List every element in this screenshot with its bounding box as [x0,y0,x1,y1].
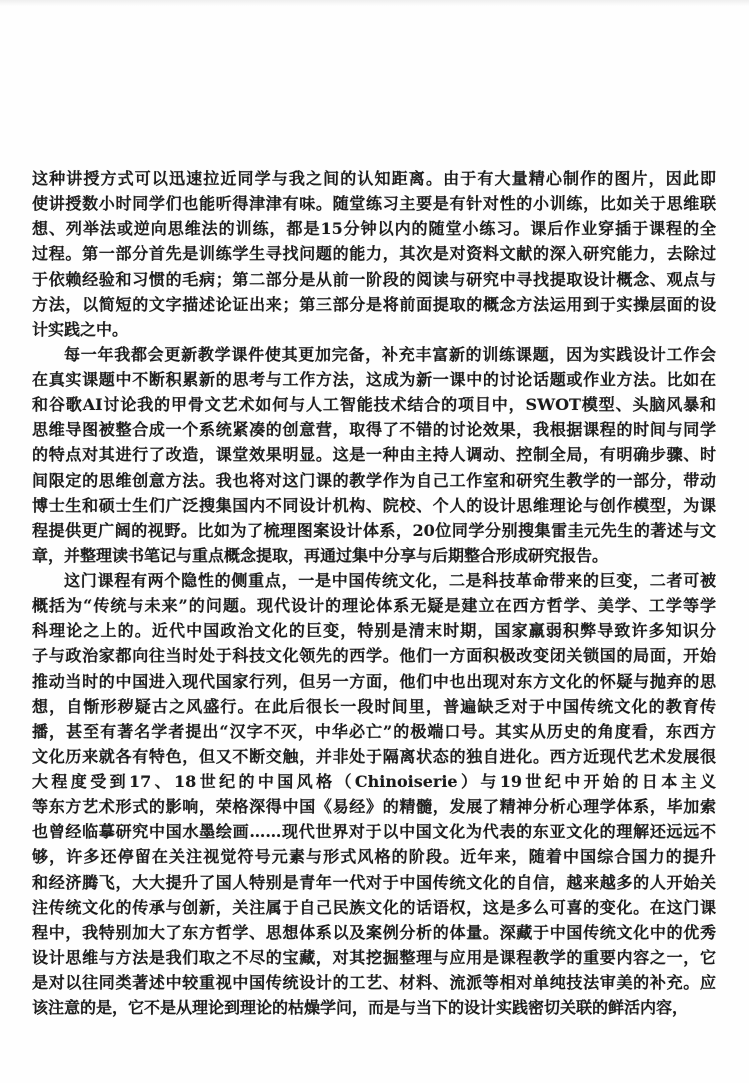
text-line: 间限定的思维创意方法。我也将对这门课的教学作为自己工作室和研究生教学的一部分，带… [32,468,716,493]
text-line: 程中，我特别加大了东方哲学、思想体系以及案例分析的体量。深藏于中国传统文化中的优… [32,920,716,945]
text-line: 和经济腾飞，大大提升了国人特别是青年一代对于中国传统文化的自信，越来越多的人开始… [32,870,716,895]
text-line: 程提供更广阔的视野。比如为了梳理图案设计体系，20位同学分别搜集雷圭元先生的著述… [32,518,716,543]
paragraph: 每一年我都会更新教学课件使其更加完备，补充丰富新的训练课题，因为实践设计工作会在… [32,342,716,568]
text-line: 想，自惭形秽疑古之风盛行。在此后很长一段时间里，普遍缺乏对于中国传统文化的教育传 [32,694,716,719]
paragraph: 这种讲授方式可以迅速拉近同学与我之间的认知距离。由于有大量精心制作的图片，因此即… [32,166,716,342]
text-line: 计实践之中。 [32,317,716,342]
text-line: 文化历来就各有特色，但又不断交触，并非处于隔离状态的独自进化。西方近现代艺术发展… [32,744,716,769]
text-line: 使讲授数小时同学们也能听得津津有味。随堂练习主要是有针对性的小训练，比如关于思维… [32,191,716,216]
text-line: 推动当时的中国进入现代国家行列，但另一方面，他们中也出现对东方文化的怀疑与抛弃的… [32,669,716,694]
text-line: 科理论之上的。近代中国政治文化的巨变，特别是清末时期，国家羸弱积弊导致许多知识分 [32,618,716,643]
text-line: 博士生和硕士生们广泛搜集国内不同设计机构、院校、个人的设计思维理论与创作模型，为… [32,493,716,518]
text-line: 设计思维与方法是我们取之不尽的宝藏，对其挖掘整理与应用是课程教学的重要内容之一，… [32,945,716,970]
text-line: 章，并整理读书笔记与重点概念提取，再通过集中分享与后期整合形成研究报告。 [32,543,716,568]
document-page: 这种讲授方式可以迅速拉近同学与我之间的认知距离。由于有大量精心制作的图片，因此即… [0,0,749,1083]
text-line: 是对以往同类著述中较重视中国传统设计的工艺、材料、流派等相对单纯技法审美的补充。… [32,970,716,995]
text-line: 子与政治家都向往当时处于科技文化领先的西学。他们一方面积极改变闭关锁国的局面，开… [32,643,716,668]
text-line: 大程度受到17、18世纪的中国风格（Chinoiserie）与19世纪中开始的日… [32,769,716,794]
text-line: 思维导图被整合成一个系统紧凑的创意营，取得了不错的讨论效果，我根据课程的时间与同… [32,417,716,442]
text-line: 该注意的是，它不是从理论到理论的枯燥学问，而是与当下的设计实践密切关联的鲜活内容… [32,995,716,1020]
text-block: 这种讲授方式可以迅速拉近同学与我之间的认知距离。由于有大量精心制作的图片，因此即… [32,166,716,1020]
scan-edge-shading [0,0,749,6]
text-line: 够，许多还停留在关注视觉符号元素与形式风格的阶段。近年来，随着中国综合国力的提升 [32,844,716,869]
text-line: 概括为“传统与未来”的问题。现代设计的理论体系无疑是建立在西方哲学、美学、工学等… [32,593,716,618]
text-line: 于依赖经验和习惯的毛病；第二部分是从前一阶段的阅读与研究中寻找提取设计概念、观点… [32,267,716,292]
text-line: 这种讲授方式可以迅速拉近同学与我之间的认知距离。由于有大量精心制作的图片，因此即 [32,166,716,191]
text-line: 和谷歌AI讨论我的甲骨文艺术如何与人工智能技术结合的项目中，SWOT模型、头脑风… [32,392,716,417]
text-line: 等东方艺术形式的影响，荣格深得中国《易经》的精髓，发展了精神分析心理学体系，毕加… [32,794,716,819]
text-line: 这门课程有两个隐性的侧重点，一是中国传统文化，二是科技革命带来的巨变，二者可被 [32,568,716,593]
text-line: 的特点对其进行了改造，课堂效果明显。这是一种由主持人调动、控制全局，有明确步骤、… [32,442,716,467]
text-line: 注传统文化的传承与创新，关注属于自己民族文化的话语权，这是多么可喜的变化。在这门… [32,895,716,920]
text-line: 方法，以简短的文字描述论证出来；第三部分是将前面提取的概念方法运用到于实操层面的… [32,292,716,317]
text-line: 播，甚至有著名学者提出“汉字不灭，中华必亡”的极端口号。其实从历史的角度看，东西… [32,719,716,744]
text-line: 在真实课题中不断积累新的思考与工作方法，这成为新一课中的讨论话题或作业方法。比如… [32,367,716,392]
text-line: 每一年我都会更新教学课件使其更加完备，补充丰富新的训练课题，因为实践设计工作会 [32,342,716,367]
text-line: 也曾经临摹研究中国水墨绘画……现代世界对于以中国文化为代表的东亚文化的理解还远远… [32,819,716,844]
paragraph: 这门课程有两个隐性的侧重点，一是中国传统文化，二是科技革命带来的巨变，二者可被概… [32,568,716,1020]
text-line: 过程。第一部分首先是训练学生寻找问题的能力，其次是对资料文献的深入研究能力，去除… [32,241,716,266]
text-line: 想、列举法或逆向思维法的训练，都是15分钟以内的随堂小练习。课后作业穿插于课程的… [32,216,716,241]
